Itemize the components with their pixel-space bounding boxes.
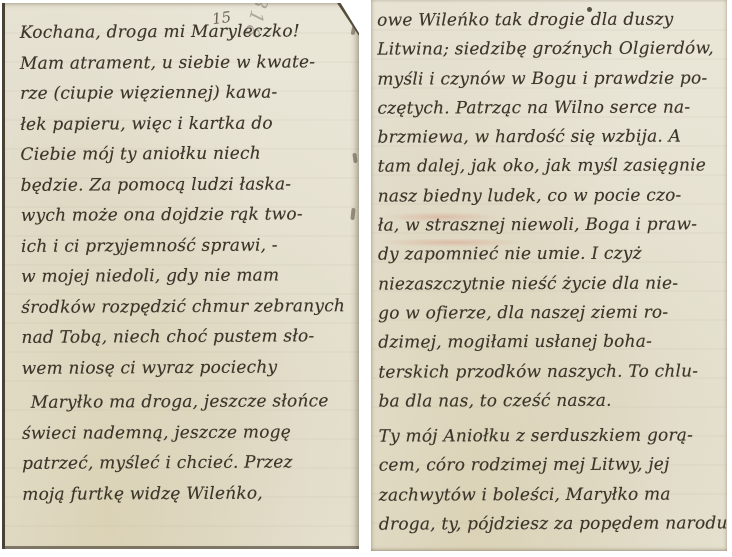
letter-page-right: owe Wileńko tak drogie dla duszy Litwina… xyxy=(371,0,727,551)
handwritten-line: zachwytów i boleści, Maryłko ma xyxy=(379,480,724,511)
handwritten-line: Ty mój Aniołku z serduszkiem gorą- xyxy=(379,422,724,453)
handwritten-line: myśli i czynów w Bogu i prawdzie po- xyxy=(377,64,722,95)
handwritten-line: cem, córo rodzimej mej Litwy, jej xyxy=(379,451,724,482)
handwritten-line: Mam atrament, u siebie w kwate- xyxy=(20,47,352,79)
handwritten-line: terskich przodków naszych. To chlu- xyxy=(378,357,723,388)
handwritten-line: go w ofierze, dla naszej ziemi ro- xyxy=(378,298,723,329)
handwritten-line: w mojej niedoli, gdy nie mam xyxy=(21,260,353,292)
handwritten-line: patrzeć, myśleć i chcieć. Przez xyxy=(22,447,354,479)
letter-page-left: 318 15 Kochana, droga mi Maryleczko! Mam… xyxy=(2,3,359,549)
handwritten-text-right: owe Wileńko tak drogie dla duszy Litwina… xyxy=(371,0,727,540)
handwritten-text-left: Kochana, droga mi Maryleczko! Mam atrame… xyxy=(4,3,359,510)
handwritten-line: środków rozpędzić chmur zebranych xyxy=(21,291,353,323)
handwritten-line: dy zapomnieć nie umie. I czyż xyxy=(378,240,723,271)
handwritten-line: ła, w strasznej niewoli, Boga i praw- xyxy=(378,210,723,241)
handwritten-line: nasz biedny ludek, co w pocie czo- xyxy=(378,181,723,212)
handwritten-line: Maryłko ma droga, jeszcze słońce xyxy=(22,386,354,418)
handwritten-line: wem niosę ci wyraz pociechy xyxy=(22,352,354,384)
handwritten-line: ich i ci przyjemność sprawi, - xyxy=(21,230,353,262)
handwritten-line: niezaszczytnie nieść życie dla nie- xyxy=(378,269,723,300)
handwritten-line: tam dalej, jak oko, jak myśl zasięgnie xyxy=(378,152,723,183)
handwritten-line: świeci nademną, jeszcze mogę xyxy=(22,417,354,449)
handwritten-line: będzie. Za pomocą ludzi łaska- xyxy=(21,169,353,201)
handwritten-line: rze (ciupie więziennej) kawa- xyxy=(20,77,352,109)
handwritten-line: Kochana, droga mi Maryleczko! xyxy=(20,16,352,48)
handwritten-line: łek papieru, więc i kartka do xyxy=(20,108,352,140)
handwritten-line: Litwina; siedzibę groźnych Olgierdów, xyxy=(377,35,722,66)
handwritten-line: moją furtkę widzę Wileńko, xyxy=(22,478,354,510)
handwritten-line: owe Wileńko tak drogie dla duszy xyxy=(377,5,722,36)
handwritten-line: wych może ona dojdzie rąk two- xyxy=(21,199,353,231)
handwritten-line: brzmiewa, w hardość się wzbija. A xyxy=(377,123,722,154)
handwritten-line: dzimej, mogiłami usłanej boha- xyxy=(378,328,723,359)
handwritten-line: ba dla nas, to cześć nasza. xyxy=(378,386,723,417)
handwritten-line: droga, ty, pójdziesz za popędem narodu xyxy=(379,509,724,540)
handwritten-line: czętych. Patrząc na Wilno serce na- xyxy=(377,93,722,124)
handwritten-line: Ciebie mój ty aniołku niech xyxy=(20,138,352,170)
handwritten-line: nad Tobą, niech choć pustem sło- xyxy=(21,321,353,353)
scanned-letter: 318 15 Kochana, droga mi Maryleczko! Mam… xyxy=(0,0,732,557)
